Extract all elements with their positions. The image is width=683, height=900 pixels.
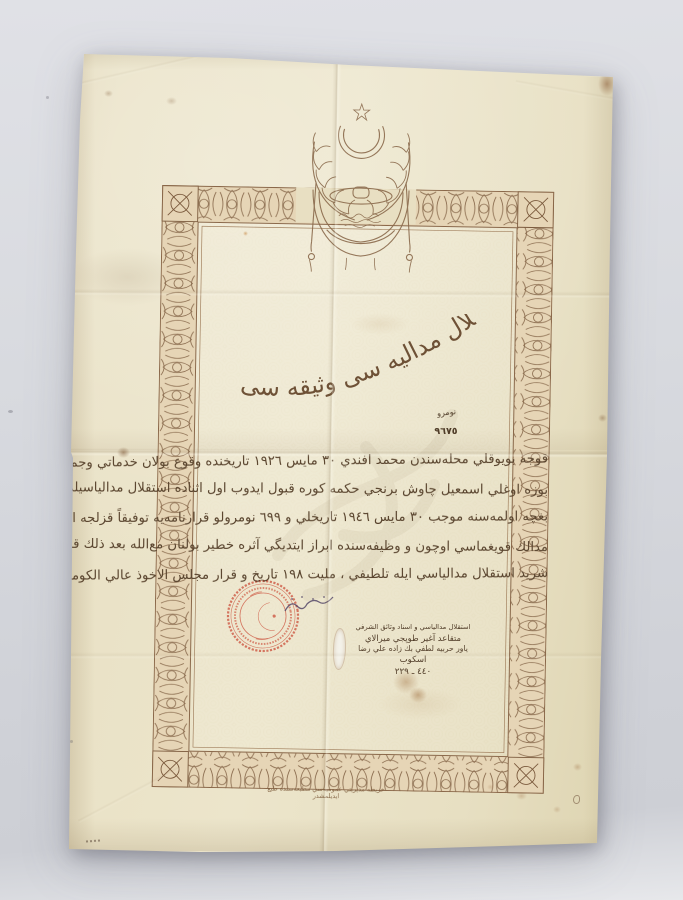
printer-imprint: خريطه مديريتي عموميه‌سي مطبعه‌سنده طبع ا…: [258, 785, 394, 800]
signature-line-2: متقاعد آغير طوپجي ميرالاي: [342, 633, 484, 643]
serial-label: نومرو: [436, 407, 456, 418]
ink-signature-paraph: [283, 594, 335, 618]
body-line-2: بوزه اوغلي اسمعيل چاوش برنجي حكمه كوره ق…: [210, 475, 548, 505]
signature-date: ٤٤٠ ـ ٢٢٩: [342, 667, 484, 677]
edge-shade-right: [583, 77, 613, 845]
stain-edge-right: [598, 414, 607, 422]
body-line-3: بغچه اولمه‌سنه موجب ٣٠ مايس ١٩٤٦ تاريخلي…: [210, 504, 548, 534]
stain-top-right-corner: [598, 72, 616, 96]
background-speck: [70, 740, 73, 743]
stain-freckle: [573, 763, 582, 771]
signature-line-4: اسكوب: [342, 655, 484, 665]
handwritten-body: قوجه بويوقلي محله‌سندن محمد افندي ٣٠ ماي…: [210, 447, 548, 590]
edge-shade-top: [84, 54, 614, 70]
pencil-dotted-mark: [86, 840, 100, 843]
certificate-paper: استقلال مدالیه سی وثیقه سی نومرو ٩٦٧٥ قو…: [0, 0, 683, 900]
signature-line-1: استقلال مدالياسي و اسناد وثائق الشرفي: [342, 623, 484, 631]
edge-shade-bottom: [69, 818, 599, 851]
serial-number-block: نومرو ٩٦٧٥: [418, 400, 474, 438]
serial-number: ٩٦٧٥: [434, 426, 457, 437]
star-icon: [354, 104, 370, 120]
tiny-ink-mark: [573, 795, 580, 804]
background-speck: [46, 96, 49, 99]
stain-speck: [428, 60, 434, 65]
crescent-star-emblem-icon: [282, 99, 434, 288]
paper-shadow-wrap: استقلال مدالیه سی وثیقه سی نومرو ٩٦٧٥ قو…: [0, 0, 683, 900]
stain-speck: [166, 97, 177, 105]
crease-diagonal-top-right: [515, 79, 614, 101]
svg-text:استقلال مدالیه سی وثیقه سی: استقلال مدالیه سی وثیقه سی: [222, 314, 480, 402]
stain-speck: [104, 90, 113, 97]
signature-line-3: ياور حربيه لطفي بك زاده علي رضا: [342, 644, 484, 653]
crease-diagonal-top-left: [79, 55, 197, 87]
body-line-1: قوجه بويوقلي محله‌سندن محمد افندي ٣٠ ماي…: [210, 446, 548, 478]
signature-block: استقلال مدالياسي و اسناد وثائق الشرفي مت…: [342, 623, 484, 677]
background-speck: [8, 410, 13, 413]
photograph-of-certificate: استقلال مدالیه سی وثیقه سی نومرو ٩٦٧٥ قو…: [0, 0, 683, 900]
stain-freckle: [553, 806, 561, 813]
body-line-4: مدالك قويغماسي اوچون و وظيفه‌سنده ابراز …: [210, 532, 548, 563]
